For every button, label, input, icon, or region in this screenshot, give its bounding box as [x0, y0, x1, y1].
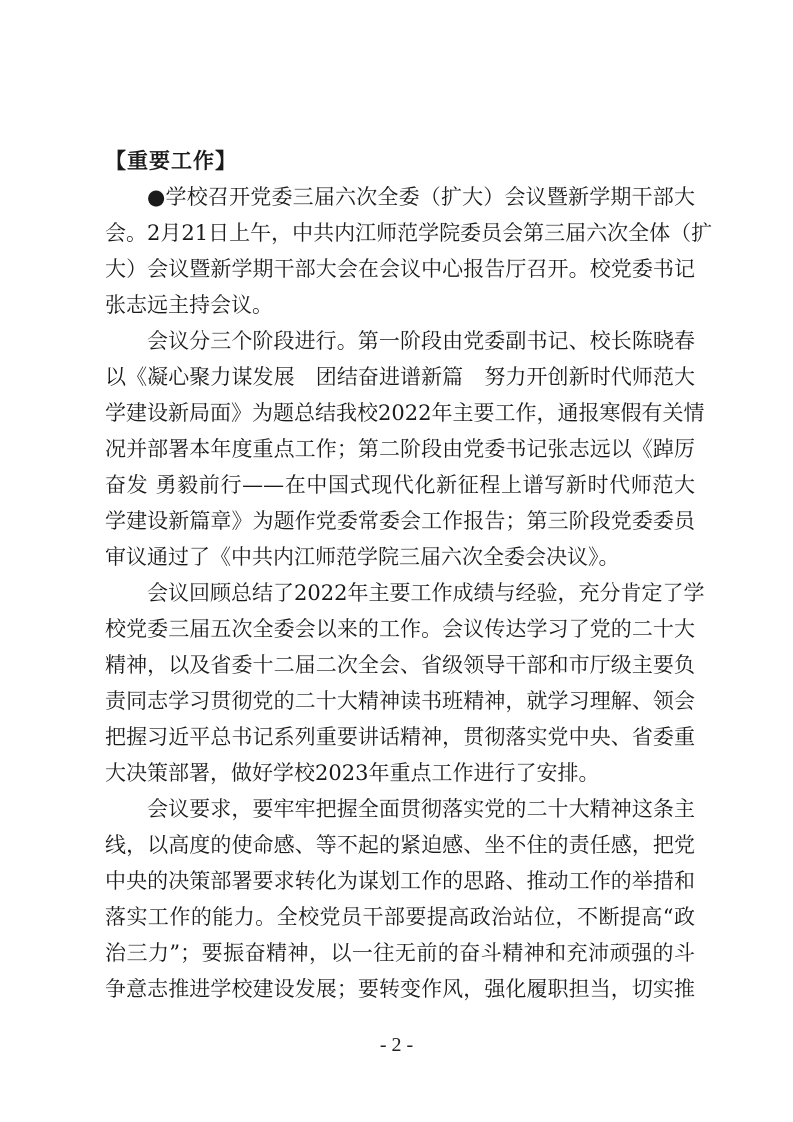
paragraph-3-line-1: 会议回顾总结了2022年主要工作成绩与经验，充分肯定了学 [105, 575, 695, 611]
paragraph-2-line-2: 以《凝心聚力谋发展 团结奋进谱新篇 努力开创新时代师范大 [105, 359, 695, 395]
paragraph-2-line-6: 学建设新篇章》为题作党委常委会工作报告；第三阶段党委委员 [105, 503, 695, 539]
paragraph-1-line-1: ●学校召开党委三届六次全委（扩大）会议暨新学期干部大 [105, 179, 695, 215]
paragraph-1-line-2: 会。2月21日上午，中共内江师范学院委员会第三届六次全体（扩 [105, 215, 695, 251]
page-number: - 2 - [0, 1034, 793, 1057]
paragraph-3-line-5: 把握习近平总书记系列重要讲话精神，贯彻落实党中央、省委重 [105, 719, 695, 755]
paragraph-4-line-6: 争意志推进学校建设发展；要转变作风，强化履职担当，切实推 [105, 971, 695, 1007]
document-page: 【重要工作】 ●学校召开党委三届六次全委（扩大）会议暨新学期干部大 会。2月21… [0, 0, 793, 1122]
paragraph-2-line-5: 奋发 勇毅前行——在中国式现代化新征程上谱写新时代师范大 [105, 467, 695, 503]
section-heading: 【重要工作】 [105, 143, 695, 179]
paragraph-4-line-2: 线，以高度的使命感、等不起的紧迫感、坐不住的责任感，把党 [105, 827, 695, 863]
paragraph-1-line-4: 张志远主持会议。 [105, 287, 695, 323]
document-body: 【重要工作】 ●学校召开党委三届六次全委（扩大）会议暨新学期干部大 会。2月21… [105, 143, 695, 1007]
paragraph-4-line-1: 会议要求，要牢牢把握全面贯彻落实党的二十大精神这条主 [105, 791, 695, 827]
paragraph-3-line-6: 大决策部署，做好学校2023年重点工作进行了安排。 [105, 755, 695, 791]
paragraph-3-line-3: 精神，以及省委十二届二次全会、省级领导干部和市厅级主要负 [105, 647, 695, 683]
paragraph-2-line-7: 审议通过了《中共内江师范学院三届六次全委会决议》。 [105, 539, 695, 575]
paragraph-3-line-2: 校党委三届五次全委会以来的工作。会议传达学习了党的二十大 [105, 611, 695, 647]
paragraph-3-line-4: 责同志学习贯彻党的二十大精神读书班精神，就学习理解、领会 [105, 683, 695, 719]
paragraph-2-line-4: 况并部署本年度重点工作；第二阶段由党委书记张志远以《踔厉 [105, 431, 695, 467]
paragraph-2-line-3: 学建设新局面》为题总结我校2022年主要工作，通报寒假有关情 [105, 395, 695, 431]
paragraph-4-line-5: 治三力”；要振奋精神，以一往无前的奋斗精神和充沛顽强的斗 [105, 935, 695, 971]
paragraph-4-line-3: 中央的决策部署要求转化为谋划工作的思路、推动工作的举措和 [105, 863, 695, 899]
paragraph-4-line-4: 落实工作的能力。全校党员干部要提高政治站位，不断提高“政 [105, 899, 695, 935]
paragraph-1-line-3: 大）会议暨新学期干部大会在会议中心报告厅召开。校党委书记 [105, 251, 695, 287]
paragraph-2-line-1: 会议分三个阶段进行。第一阶段由党委副书记、校长陈晓春 [105, 323, 695, 359]
